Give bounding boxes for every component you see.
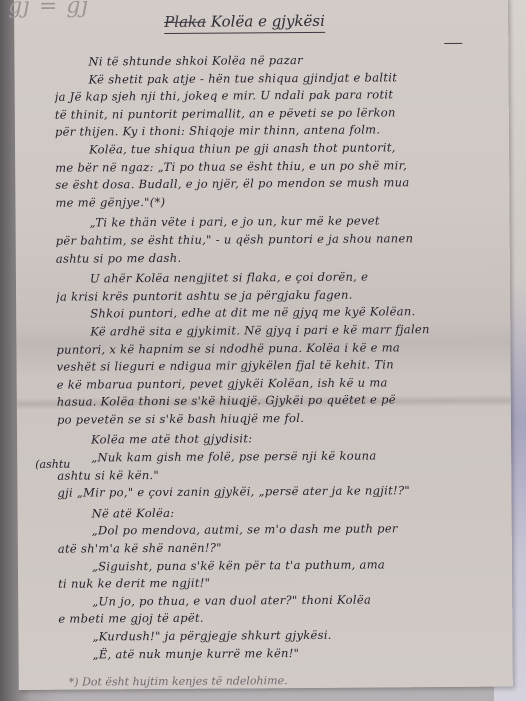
margin-annotation: (ashtu [35,458,70,471]
manuscript-line: gji „Mir po," e çovi zanin gjykëi, „pers… [57,482,507,503]
title-struck-word: Plaka [164,13,206,31]
manuscript-line: ashtu si po me dash. [56,247,506,268]
manuscript-page: gj = gj Plaka Kolëa e gjykësi Ni të shtu… [14,0,513,690]
manuscript-line: me më gënjye."(*) [55,191,505,212]
manuscript-line: po pevetën se si s'kë bash hiuqjë me fol… [57,408,507,429]
manuscript-line: „Ë, atë nuk munje kurrë me kën!" [59,643,509,664]
margin-dash-mark [444,43,462,44]
page-title: Plaka Kolëa e gjykësi [164,12,325,34]
title-text: Kolëa e gjykësi [211,12,325,31]
handwritten-body: Ni të shtunde shkoi Kolëa në pazarKë she… [54,51,508,664]
corner-pencil-note: gj = gj [8,0,89,19]
footnote: *) Dot ësht hujtim kenjes të ndelohime. [69,674,288,689]
